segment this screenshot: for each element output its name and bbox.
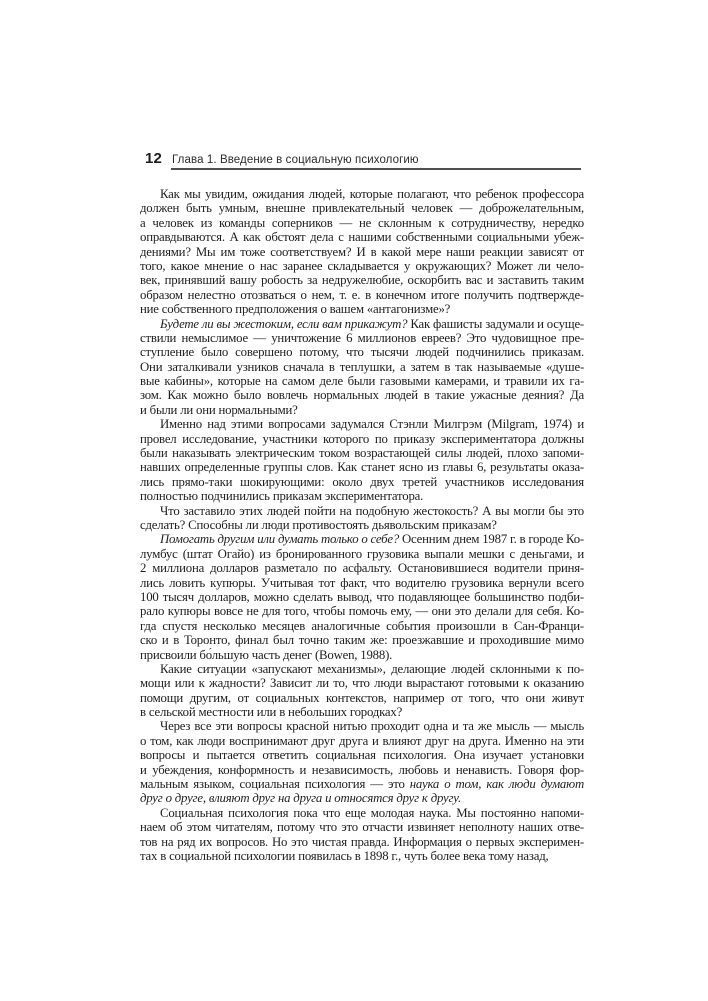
- text-line: навших определенные группы слов. Как ста…: [140, 460, 584, 474]
- text-line: Что заставило этих людей пойти на подобн…: [140, 504, 584, 518]
- text-line: 100 тысяч долларов, можно сделать вывод,…: [140, 590, 584, 604]
- text-line: наем об этом читателям, потому что это о…: [140, 820, 584, 834]
- header-rule: [171, 168, 581, 170]
- text-line: вые кабины», которые на самом деле были …: [140, 374, 584, 388]
- text-line: оправдываются. А как обстоят дела с наши…: [140, 230, 584, 244]
- text-line: тов на ряд их вопросов. Но это чистая пр…: [140, 835, 584, 849]
- text-line: о том, как люди воспринимают друг друга …: [140, 734, 584, 748]
- text-line: провел исследование, участники которого …: [140, 432, 584, 446]
- text-line: должен быть умным, внешне привлекательны…: [140, 201, 584, 215]
- text-line: вопросы и пытается ответить социальная п…: [140, 748, 584, 762]
- text-line: век, принявший вашу робость за недружелю…: [140, 273, 584, 287]
- text-line: мальным языком, социальная психология — …: [140, 777, 584, 791]
- text-line: Будете ли вы жестоким, если вам прикажут…: [140, 317, 584, 331]
- text-line: помощи другим, от социальных контекстов,…: [140, 691, 584, 705]
- text-line: лумбус (штат Огайо) из бронированного гр…: [140, 547, 584, 561]
- text-line: 2 миллиона долларов разметало по асфальт…: [140, 561, 584, 575]
- text-line: друг о друге, влияют друг на друга и отн…: [140, 791, 584, 805]
- page-number: 12: [145, 150, 162, 167]
- text-line: ско и в Торонто, финал был точно таким ж…: [140, 633, 584, 647]
- text-line: Через все эти вопросы красной нитью прох…: [140, 719, 584, 733]
- text-line: ствили немыслимое — уничтожение 6 миллио…: [140, 331, 584, 345]
- text-line: и убеждения, конформность и независимост…: [140, 763, 584, 777]
- text-line: а человек из команды соперников — не скл…: [140, 216, 584, 230]
- text-line: Социальная психология пока что еще молод…: [140, 806, 584, 820]
- text-line: рало купюры вовсе не для того, чтобы пом…: [140, 604, 584, 618]
- text-line: дениями? Мы им тоже соответствуем? И в к…: [140, 245, 584, 259]
- text-line: гда спустя несколько месяцев аналогичные…: [140, 619, 584, 633]
- text-line: зом. Как можно было вовлечь нормальных л…: [140, 388, 584, 402]
- text-line: лись ловить купюры. Учитывая тот факт, ч…: [140, 576, 584, 590]
- text-line: и были ли они нормальными?: [140, 403, 584, 417]
- text-line: того, какое мнение о нас заранее складыв…: [140, 259, 584, 273]
- text-line: ступление было совершено потому, что тыс…: [140, 345, 584, 359]
- text-line: Они заталкивали узников сначала в теплуш…: [140, 360, 584, 374]
- text-line: тах в социальной психологии появилась в …: [140, 849, 584, 863]
- text-line: были наказывать электрическим током возр…: [140, 446, 584, 460]
- text-line: присвоили бо́льшую часть денег (Bowen, 1…: [140, 648, 584, 662]
- text-line: Какие ситуации «запускают механизмы», де…: [140, 662, 584, 676]
- text-line: ние собственного предположения о вашем «…: [140, 302, 584, 316]
- text-line: образом нелестно отозваться о нем, т. е.…: [140, 288, 584, 302]
- book-page-scan: 12 Глава 1. Введение в социальную психол…: [0, 0, 708, 1001]
- text-line: Именно над этими вопросами задумался Стэ…: [140, 417, 584, 431]
- text-line: в сельской местности или в небольших гор…: [140, 705, 584, 719]
- text-line: полностью подчинились приказам экспериме…: [140, 489, 584, 503]
- text-line: Как мы увидим, ожидания людей, которые п…: [140, 187, 584, 201]
- chapter-title: Глава 1. Введение в социальную психологи…: [172, 154, 419, 167]
- text-line: лись прямо-таки шокирующими: около двух …: [140, 475, 584, 489]
- body-text: Как мы увидим, ожидания людей, которые п…: [140, 187, 584, 863]
- text-line: Помогать другим или думать только о себе…: [140, 532, 584, 546]
- text-line: сделать? Способны ли люди противостоять …: [140, 518, 584, 532]
- text-line: мощи или к жадности? Зависит ли то, что …: [140, 676, 584, 690]
